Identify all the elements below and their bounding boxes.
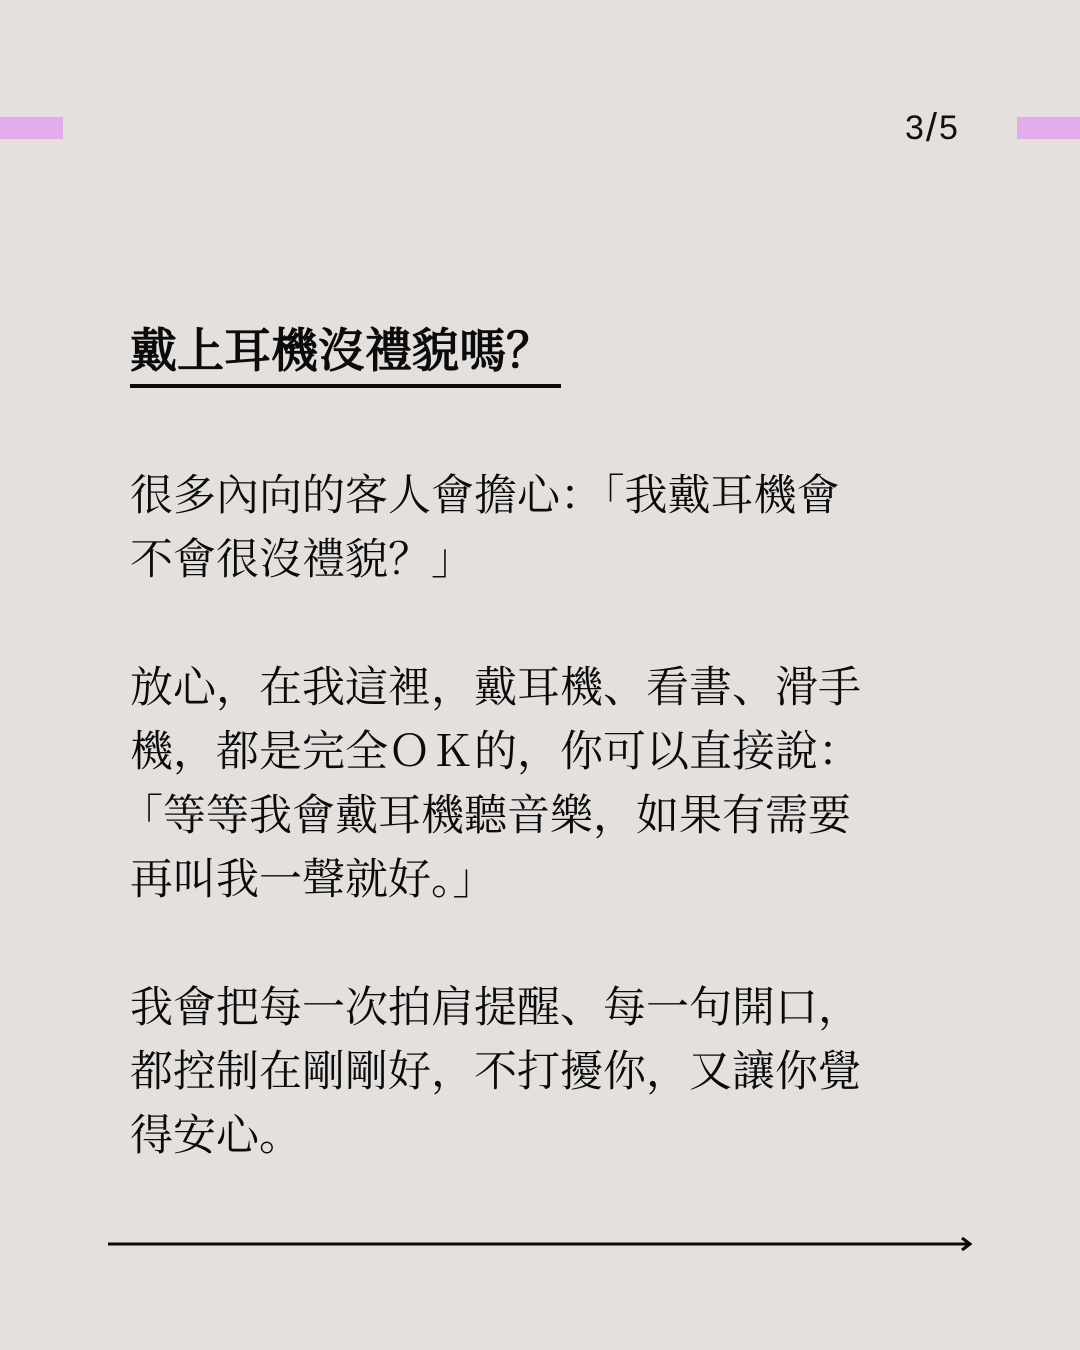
paragraph-line: 機，都是完全ＯＫ的，你可以直接說： xyxy=(130,720,930,784)
paragraph-line: 很多內向的客人會擔心：「我戴耳機會 xyxy=(130,464,930,528)
page-total: 5 xyxy=(939,109,959,147)
page-title: 戴上耳機沒禮貌嗎？ xyxy=(130,322,561,388)
accent-bar-left xyxy=(0,117,63,139)
paragraph-line: 我會把每一次拍肩提醒、每一句開口， xyxy=(130,976,930,1040)
paragraph-line: 都控制在剛剛好，不打擾你，又讓你覺 xyxy=(130,1040,930,1104)
paragraph-line: 「等等我會戴耳機聽音樂，如果有需要 xyxy=(120,784,930,848)
arrow-right-icon[interactable] xyxy=(108,1232,974,1256)
paragraph-line: 再叫我一聲就好。」 xyxy=(130,848,930,912)
accent-bar-right xyxy=(1017,117,1080,139)
page-current: 3 xyxy=(905,109,925,147)
paragraph-line: 放心，在我這裡，戴耳機、看書、滑手 xyxy=(130,656,930,720)
page-indicator: 3/5 xyxy=(905,106,975,148)
paragraph-1: 很多內向的客人會擔心：「我戴耳機會 不會很沒禮貌？」 xyxy=(130,464,930,592)
paragraph-line: 得安心。 xyxy=(130,1104,930,1168)
paragraph-2: 放心，在我這裡，戴耳機、看書、滑手 機，都是完全ＯＫ的，你可以直接說： 「等等我… xyxy=(130,656,930,912)
paragraph-line: 不會很沒禮貌？」 xyxy=(130,528,930,592)
page-separator: / xyxy=(926,108,938,148)
paragraph-3: 我會把每一次拍肩提醒、每一句開口， 都控制在剛剛好，不打擾你，又讓你覺 得安心。 xyxy=(130,976,930,1168)
